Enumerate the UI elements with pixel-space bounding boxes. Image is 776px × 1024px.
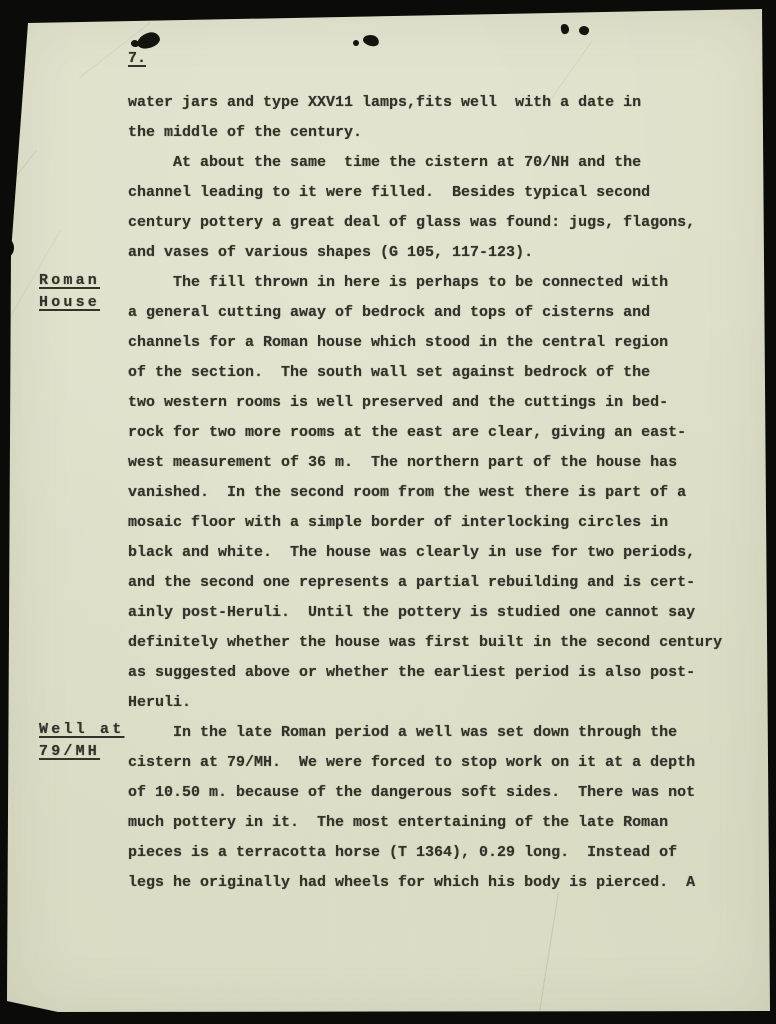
text-line: much pottery in it. The most entertainin… [128,808,722,838]
paper-scratch [539,892,559,1013]
text-line: a general cutting away of bedrock and to… [128,298,722,328]
text-line: of 10.50 m. because of the dangerous sof… [128,778,722,808]
paper-crease [0,230,61,412]
ink-blot [353,40,359,46]
text-line: ainly post-Heruli. Until the pottery is … [128,598,722,628]
text-line: The fill thrown in here is perhaps to be… [128,268,722,298]
margin-note-line: 79/MH [39,741,124,763]
text-line: two western rooms is well preserved and … [128,388,722,418]
text-line: the middle of the century. [128,118,722,148]
text-line: channels for a Roman house which stood i… [128,328,722,358]
typewritten-body: water jars and type XXV11 lamps,fits wel… [128,88,722,898]
ink-blot [131,40,139,47]
text-line: west measurement of 36 m. The northern p… [128,448,722,478]
margin-note-line: House [39,292,100,314]
ink-blot [578,25,590,37]
paper-sheet: 7. Roman House Well at 79/MH water jars … [0,0,776,1024]
ink-blot [560,23,569,34]
text-line: Heruli. [128,688,722,718]
text-line: and vases of various shapes (G 105, 117-… [128,238,722,268]
ink-blot [362,34,380,47]
margin-note-well-at-79mh: Well at 79/MH [39,719,124,763]
text-line: century pottery a great deal of glass wa… [128,208,722,238]
ink-blot [136,30,162,50]
text-line: as suggested above or whether the earlie… [128,658,722,688]
margin-note-roman-house: Roman House [39,270,100,314]
margin-note-line: Roman [39,270,100,292]
page-number: 7. [128,50,146,67]
text-line: and the second one represents a partial … [128,568,722,598]
text-line: cistern at 79/MH. We were forced to stop… [128,748,722,778]
text-line: rock for two more rooms at the east are … [128,418,722,448]
text-line: At about the same time the cistern at 70… [128,148,722,178]
text-line: pieces is a terracotta horse (T 1364), 0… [128,838,722,868]
margin-note-line: Well at [39,719,124,741]
text-line: In the late Roman period a well was set … [128,718,722,748]
text-line: vanished. In the second room from the we… [128,478,722,508]
text-line: legs he originally had wheels for which … [128,868,722,898]
scanned-document-page: 7. Roman House Well at 79/MH water jars … [0,0,776,1024]
text-line: water jars and type XXV11 lamps,fits wel… [128,88,722,118]
text-line: channel leading to it were filled. Besid… [128,178,722,208]
text-line: of the section. The south wall set again… [128,358,722,388]
text-line: definitely whether the house was first b… [128,628,722,658]
text-line: mosaic floor with a simple border of int… [128,508,722,538]
text-line: black and white. The house was clearly i… [128,538,722,568]
